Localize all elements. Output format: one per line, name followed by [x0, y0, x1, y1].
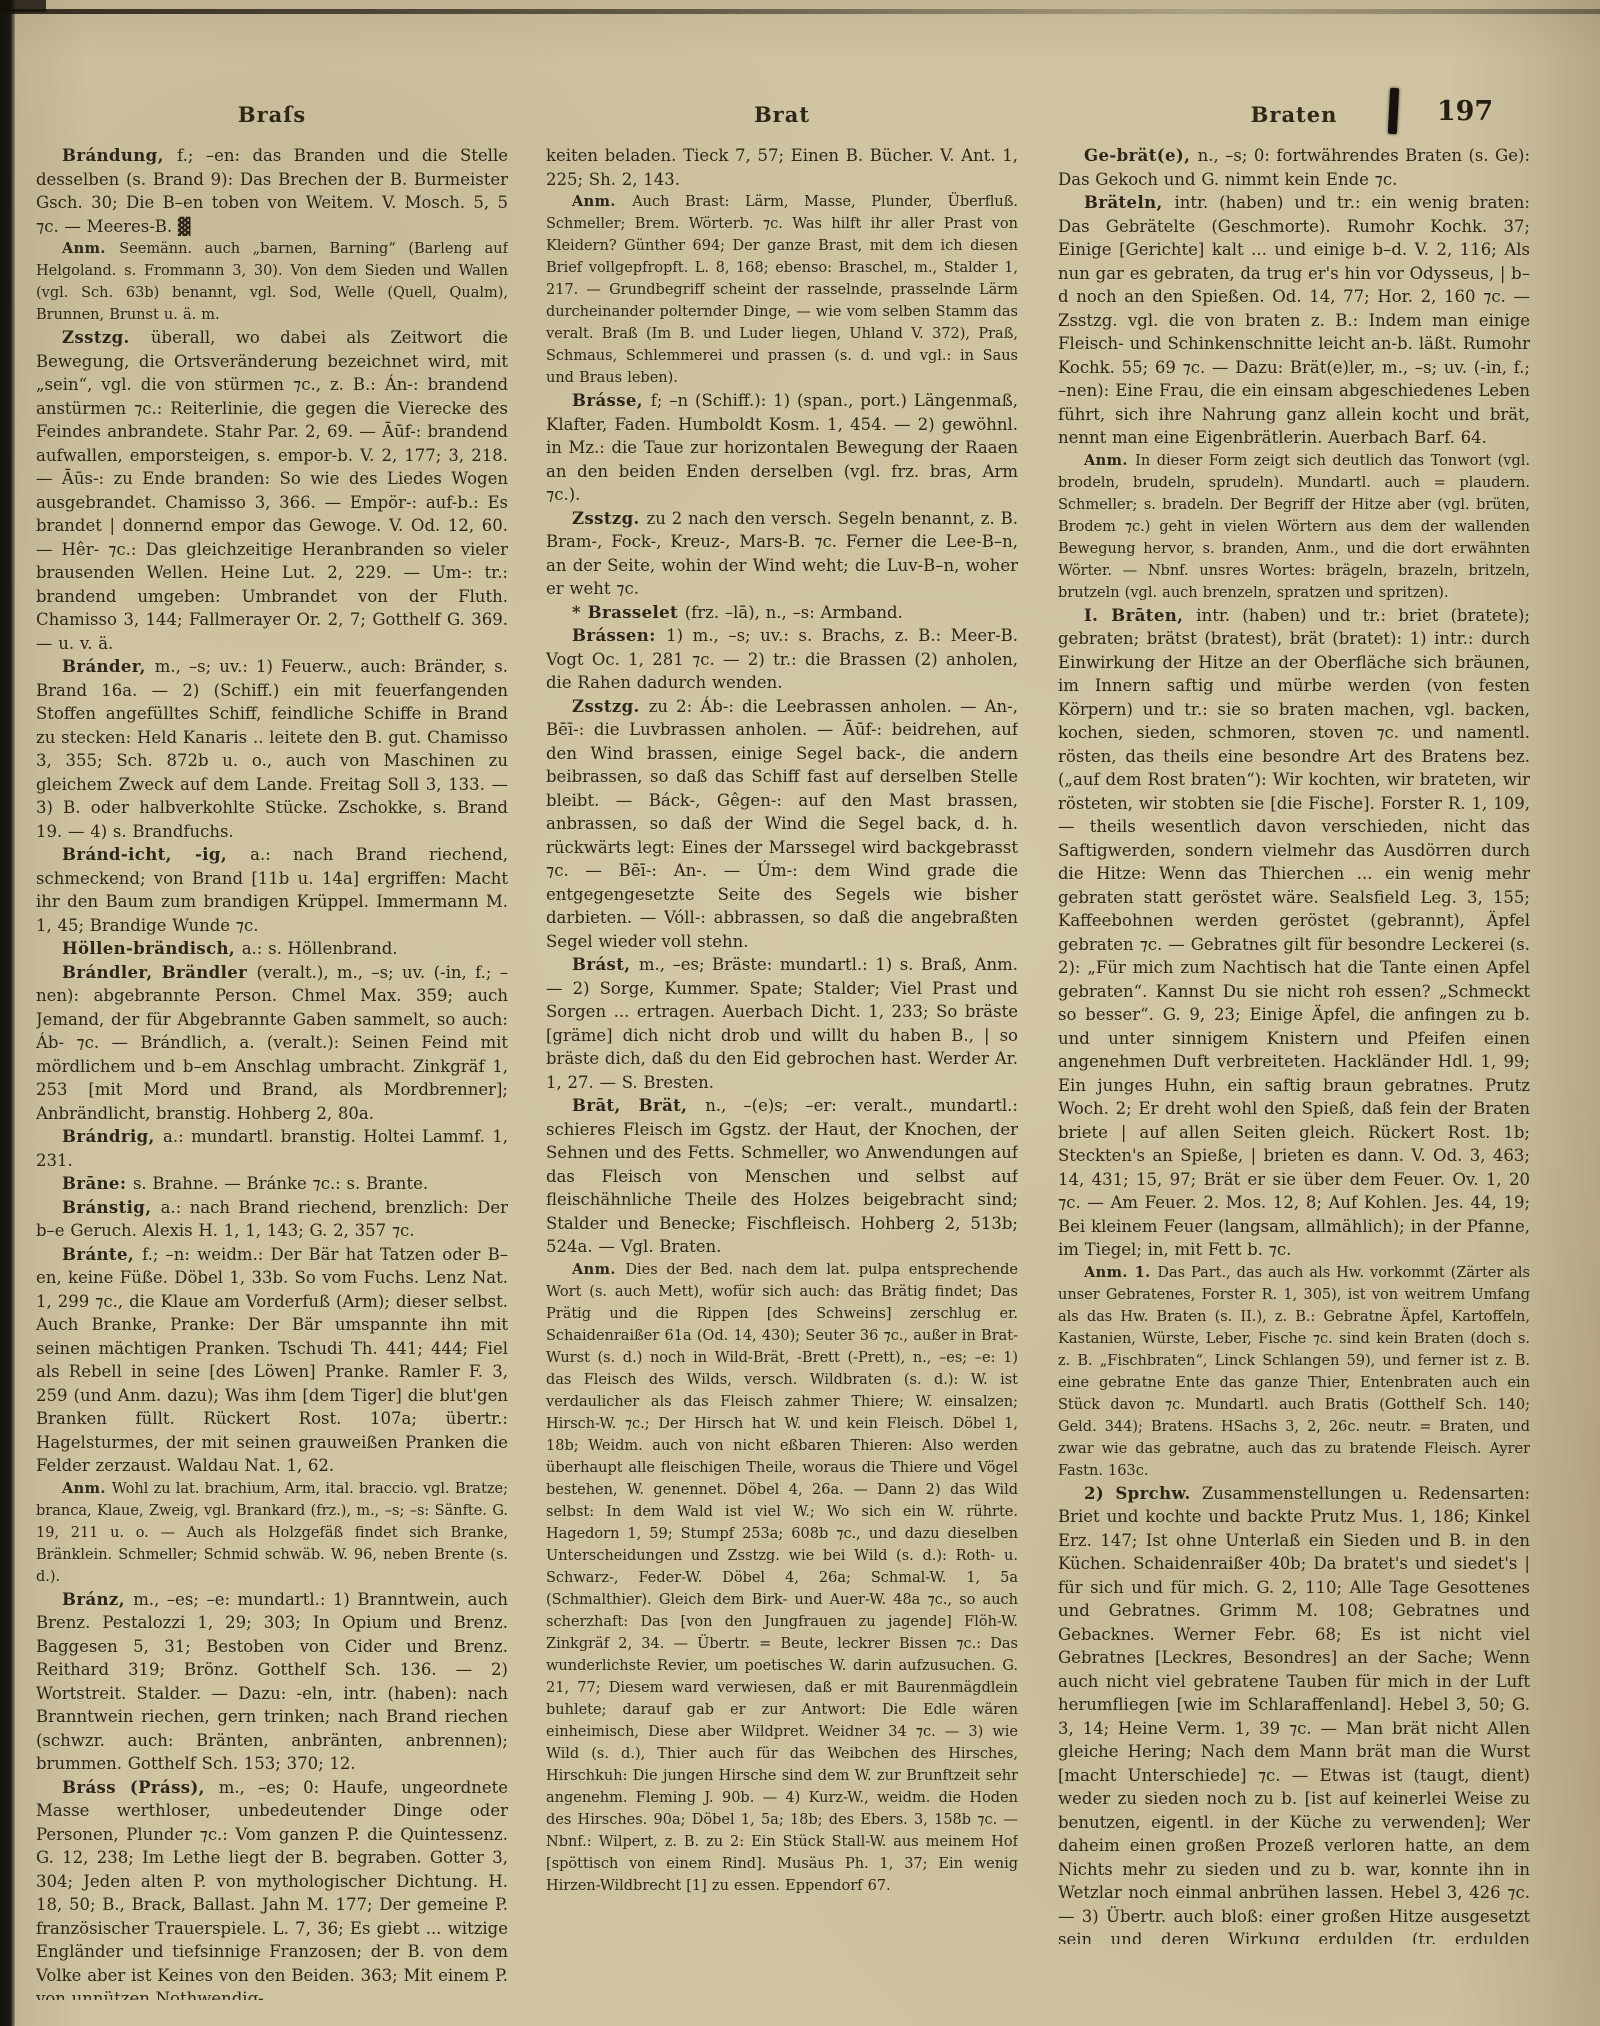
entry-headword: Bránder, [62, 657, 155, 676]
entry-headword: 2) Sprchw. [1084, 1484, 1202, 1503]
dictionary-paragraph: Bránz, m., –es; –e: mundartl.: 1) Brannt… [36, 1588, 508, 1776]
entry-headword: Brást, [572, 955, 639, 974]
entry-headword: Bránd-icht, -ig, [62, 845, 250, 864]
dictionary-paragraph: keiten beladen. Tieck 7, 57; Einen B. Bü… [546, 144, 1018, 191]
text-column-1: Brándung, f.; –en: das Branden und die S… [36, 144, 508, 2000]
entry-headword: * Brasselet [572, 603, 685, 622]
scan-edge-top [0, 9, 1600, 14]
entry-headword: Brásse, [572, 391, 651, 410]
entry-headword: Anm. [1084, 452, 1135, 469]
dictionary-paragraph: Bránd-icht, -ig, a.: nach Brand riechend… [36, 843, 508, 937]
entry-headword: Anm. [572, 1261, 625, 1278]
entry-headword: Anm. 1. [1084, 1264, 1157, 1281]
entry-headword: Ge-brät(e), [1084, 146, 1198, 165]
entry-headword: Brássen: [572, 626, 666, 645]
dictionary-paragraph: Anm. Wohl zu lat. brachium, Arm, ital. b… [36, 1478, 508, 1588]
dictionary-paragraph: Bránder, m., –s; uv.: 1) Feuerw., auch: … [36, 655, 508, 843]
dictionary-paragraph: Anm. Seemänn. auch „barnen, Barning“ (Ba… [36, 238, 508, 326]
dictionary-paragraph: Anm. Auch Brast: Lärm, Masse, Plunder, Ü… [546, 191, 1018, 389]
entry-headword: Bräteln, [1084, 193, 1174, 212]
entry-headword: Bránte, [62, 1245, 142, 1264]
running-head-center: Brat [546, 102, 1018, 127]
dictionary-scan-page: { "page": { "number": "197", "headers": … [0, 0, 1600, 2026]
dictionary-paragraph: 2) Sprchw. Zusammenstellungen u. Redensa… [1058, 1482, 1530, 1945]
entry-headword: Bráss (Práss), [62, 1778, 219, 1797]
dictionary-paragraph: Bräteln, intr. (haben) und tr.: ein weni… [1058, 191, 1530, 450]
dictionary-paragraph: Zsstzg. überall, wo dabei als Zeitwort d… [36, 326, 508, 655]
entry-headword: Brándung, [62, 146, 177, 165]
entry-headword: Anm. [62, 1480, 112, 1497]
scan-edge-left [0, 0, 15, 2026]
entry-headword: Brándler, Brändler [62, 963, 256, 982]
dictionary-paragraph: Brándler, Brändler (veralt.), m., –s; uv… [36, 961, 508, 1126]
dictionary-paragraph: Bráss (Práss), m., –es; 0: Haufe, ungeor… [36, 1776, 508, 2001]
dictionary-paragraph: Anm. Dies der Bed. nach dem lat. pulpa e… [546, 1259, 1018, 1897]
entry-headword: I. Brāten, [1084, 606, 1196, 625]
dictionary-paragraph: * Brasselet (frz. –lā), n., –s: Armband. [546, 601, 1018, 625]
dictionary-paragraph: Brándrig, a.: mundartl. branstig. Holtei… [36, 1125, 508, 1172]
scan-corner-blot [0, 0, 46, 12]
dictionary-paragraph: I. Brāten, intr. (haben) und tr.: briet … [1058, 604, 1530, 1262]
dictionary-paragraph: Zsstzg. zu 2 nach den versch. Segeln ben… [546, 507, 1018, 601]
page-number: 197 [1410, 96, 1520, 127]
entry-headword: Anm. [572, 193, 632, 210]
dictionary-paragraph: Brássen: 1) m., –s; uv.: s. Brachs, z. B… [546, 624, 1018, 695]
entry-headword: Brāt, Brät, [572, 1096, 705, 1115]
entry-headword: Höllen-brändisch, [62, 939, 242, 958]
entry-headword: Bránstig, [62, 1198, 161, 1217]
dictionary-paragraph: Anm. 1. Das Part., das auch als Hw. vork… [1058, 1262, 1530, 1482]
entry-headword: Anm. [62, 240, 119, 257]
entry-headword: Zsstzg. [62, 328, 151, 347]
dictionary-paragraph: Brásse, f; –n (Schiff.): 1) (span., port… [546, 389, 1018, 507]
entry-headword: Brāne: [62, 1174, 133, 1193]
dictionary-paragraph: Brást, m., –es; Bräste: mundartl.: 1) s.… [546, 953, 1018, 1094]
dictionary-paragraph: Brāne: s. Brahne. — Bránke ⁊c.: s. Brant… [36, 1172, 508, 1196]
dictionary-paragraph: Höllen-brändisch, a.: s. Höllenbrand. [36, 937, 508, 961]
entry-headword: Zsstzg. [572, 697, 649, 716]
dictionary-paragraph: Anm. In dieser Form zeigt sich deutlich … [1058, 450, 1530, 604]
entry-headword: Brándrig, [62, 1127, 163, 1146]
dictionary-paragraph: Brāt, Brät, n., –(e)s; –er: veralt., mun… [546, 1094, 1018, 1259]
dictionary-paragraph: Bránte, f.; –n: weidm.: Der Bär hat Tatz… [36, 1243, 508, 1478]
dictionary-paragraph: Zsstzg. zu 2: Áb-: die Leebrassen anhole… [546, 695, 1018, 954]
dictionary-paragraph: Bránstig, a.: nach Brand riechend, brenz… [36, 1196, 508, 1243]
entry-headword: Bránz, [62, 1590, 133, 1609]
dictionary-paragraph: Brándung, f.; –en: das Branden und die S… [36, 144, 508, 238]
text-column-3: Ge-brät(e), n., –s; 0: fortwährendes Bra… [1058, 144, 1530, 1944]
text-column-2: keiten beladen. Tieck 7, 57; Einen B. Bü… [546, 144, 1018, 1897]
running-head-left: Braſs [36, 102, 508, 127]
entry-headword: Zsstzg. [572, 509, 647, 528]
dictionary-paragraph: Ge-brät(e), n., –s; 0: fortwährendes Bra… [1058, 144, 1530, 191]
